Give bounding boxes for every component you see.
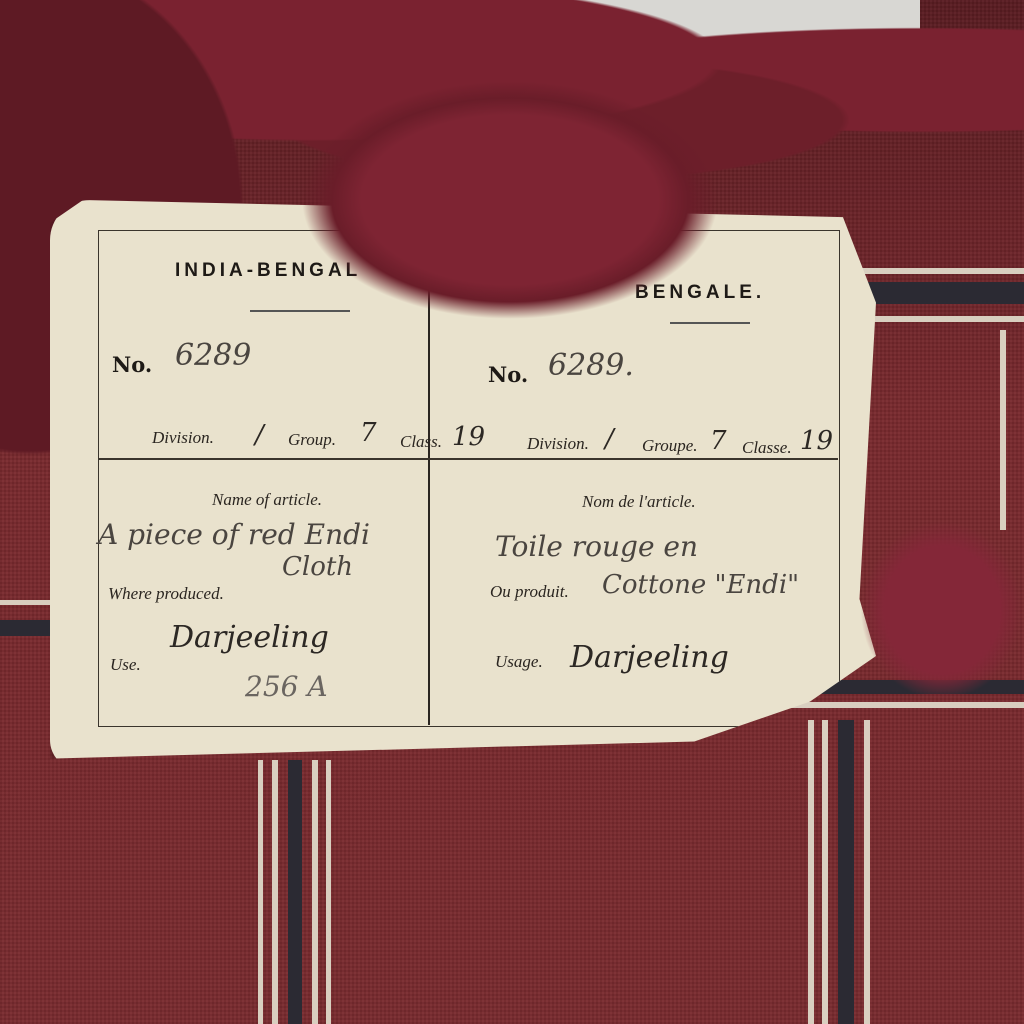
heading-rule [250, 310, 350, 312]
tag-rule [98, 458, 838, 460]
cloth-stripe [822, 720, 828, 1024]
right-name-value-line2: Cottone "Endi" [602, 570, 799, 600]
right-class-value: 19 [800, 426, 833, 456]
right-use-label: Usage. [495, 652, 543, 672]
cloth-stripe [288, 760, 302, 1024]
left-number-value: 6289 [175, 338, 251, 373]
left-group-label: Group. [288, 430, 336, 450]
right-number-value: 6289. [548, 348, 634, 383]
cloth-stripe [808, 720, 814, 1024]
left-use-label: Use. [110, 655, 141, 675]
left-class-value: 19 [452, 422, 485, 452]
left-use-note: 256 A [245, 670, 328, 703]
left-where-label: Where produced. [108, 584, 224, 604]
cloth-stripe [312, 760, 318, 1024]
tag-center-divider [428, 255, 430, 725]
cloth-stripe [272, 760, 278, 1024]
cloth-fringe-knot [300, 80, 720, 320]
cloth-stripe [838, 720, 854, 1024]
right-where-value: Darjeeling [570, 640, 729, 675]
left-class-label: Class. [400, 432, 442, 452]
right-class-label: Classe. [742, 438, 792, 458]
left-number-label: No. [112, 352, 152, 377]
left-division-label: Division. [152, 428, 214, 448]
cloth-fringe-right [860, 520, 1024, 700]
right-where-label: Ou produit. [490, 582, 569, 602]
left-name-label: Name of article. [212, 490, 322, 510]
left-name-value-line1: A piece of red Endi [98, 518, 370, 551]
right-group-label: Groupe. [642, 436, 698, 456]
cloth-stripe [326, 760, 331, 1024]
cloth-stripe [1000, 330, 1006, 530]
right-name-label: Nom de l'article. [582, 492, 696, 512]
left-name-value-line2: Cloth [282, 552, 353, 582]
right-division-label: Division. [527, 434, 589, 454]
right-division-value: / [605, 424, 614, 454]
cloth-stripe [258, 760, 263, 1024]
cloth-stripe [864, 720, 870, 1024]
heading-rule [670, 322, 750, 324]
right-group-value: 7 [710, 426, 727, 456]
left-where-value: Darjeeling [170, 620, 329, 655]
left-division-value: / [255, 420, 264, 450]
left-group-value: 7 [360, 418, 377, 448]
right-name-value-line1: Toile rouge en [495, 530, 698, 563]
right-number-label: No. [488, 362, 528, 387]
